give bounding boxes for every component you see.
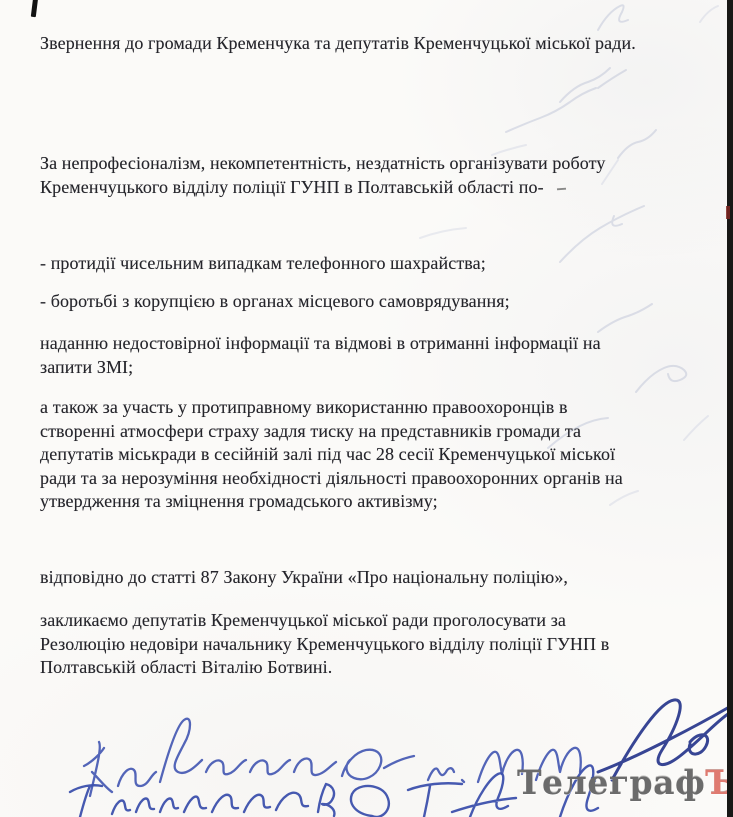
scanned-document-page: Звернення до громади Кременчука та депут… bbox=[0, 0, 733, 817]
document-paragraph-law-reference: відповідно до статті 87 Закону України «… bbox=[40, 566, 712, 590]
document-list-item-fraud: - протидії чисельним випадкам телефонног… bbox=[40, 252, 712, 276]
document-title: Звернення до громади Кременчука та депут… bbox=[40, 32, 712, 56]
document-paragraph-lead: За непрофесіоналізм, некомпетентність, н… bbox=[40, 152, 712, 199]
document-paragraph-pressure: а також за участь у протиправному викори… bbox=[40, 396, 712, 514]
document-paragraph-resolution-call: закликаємо депутатів Кременчуцької міськ… bbox=[40, 609, 712, 680]
pen-mark-top-left bbox=[31, 0, 38, 17]
watermark-text-gray: Телеграф bbox=[517, 763, 705, 802]
scan-edge-shadow bbox=[727, 0, 733, 817]
scan-edge-red-notch bbox=[726, 206, 730, 219]
document-list-item-corruption: - боротьбі з корупцією в органах місцево… bbox=[40, 290, 712, 314]
telegraf-watermark: ТелеграфЪ bbox=[517, 763, 733, 802]
document-paragraph-information: наданню недостовірної інформації та відм… bbox=[40, 332, 712, 379]
